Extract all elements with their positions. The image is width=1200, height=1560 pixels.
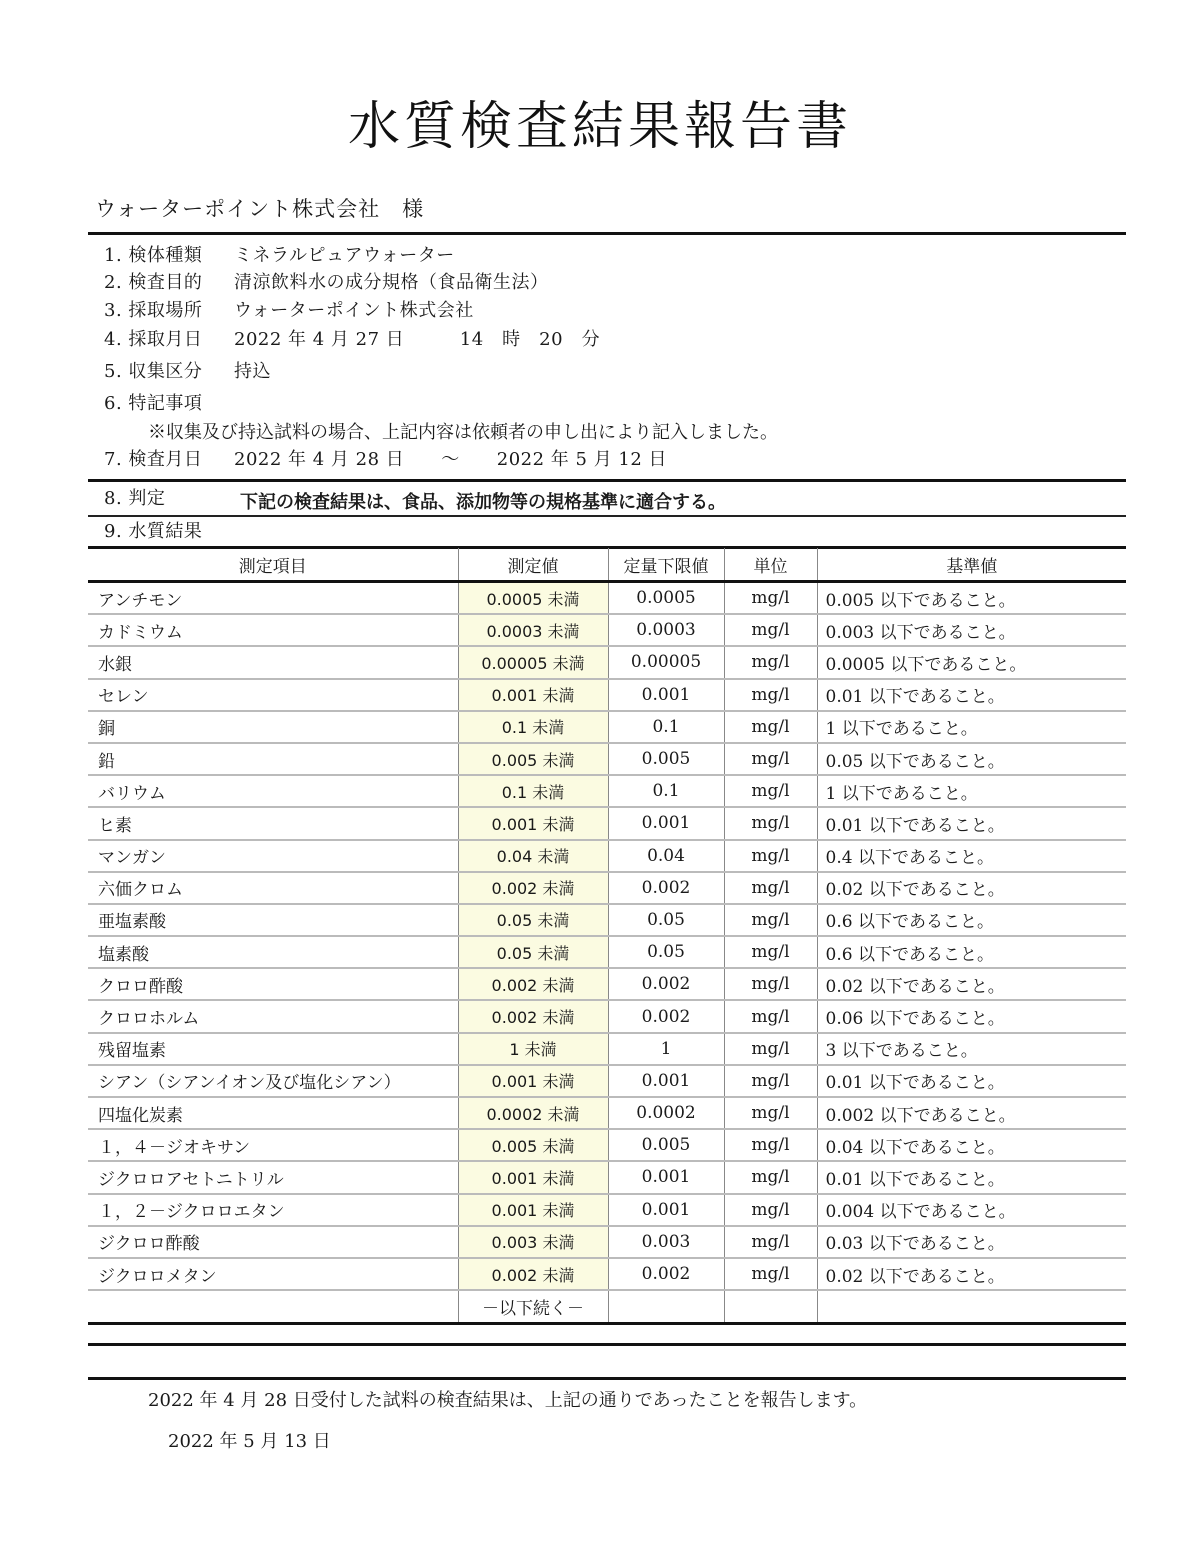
cell-limit: 0.001 [608, 679, 724, 711]
cell-limit: 0.001 [608, 807, 724, 839]
info-location: 3. 採取場所ウォーターポイント株式会社 [104, 298, 474, 324]
cell-standard: 0.02 以下であること。 [817, 1258, 1126, 1290]
cell-unit: mg/l [724, 1226, 817, 1258]
cell-standard: 3 以下であること。 [817, 1033, 1126, 1065]
judgement-value: 下記の検査結果は、食品、添加物等の規格基準に適合する。 [240, 488, 726, 514]
table-row: 鉛0.005 未満0.005mg/l0.05 以下であること。 [88, 743, 1126, 775]
cell-unit: mg/l [724, 840, 817, 872]
cell-unit: mg/l [724, 614, 817, 646]
cell-item: 四塩化炭素 [88, 1097, 458, 1129]
cell-value: 0.0003 未満 [458, 614, 608, 646]
table-row: 四塩化炭素0.0002 未満0.0002mg/l0.002 以下であること。 [88, 1097, 1126, 1129]
cell-value: 0.001 未満 [458, 1194, 608, 1226]
cell-limit: 0.002 [608, 872, 724, 904]
cell-empty [817, 1290, 1126, 1324]
divider [88, 1343, 1126, 1346]
cell-limit: 0.1 [608, 775, 724, 807]
cell-unit: mg/l [724, 646, 817, 678]
info-test-date: 7. 検査月日2022 年 4 月 28 日 ～ 2022 年 5 月 12 日 [104, 447, 667, 473]
cell-unit: mg/l [724, 711, 817, 743]
cell-value: 0.05 未満 [458, 904, 608, 936]
table-row: ジクロロ酢酸0.003 未満0.003mg/l0.03 以下であること。 [88, 1226, 1126, 1258]
divider [88, 1377, 1126, 1380]
cell-limit: 0.002 [608, 968, 724, 1000]
table-header-row: 測定項目 測定値 定量下限値 単位 基準値 [88, 548, 1126, 582]
info-sample-type: 1. 検体種類ミネラルピュアウォーター [104, 243, 455, 269]
cell-value: 0.1 未満 [458, 711, 608, 743]
cell-limit: 0.0003 [608, 614, 724, 646]
cell-limit: 0.0005 [608, 582, 724, 615]
table-row: カドミウム0.0003 未満0.0003mg/l0.003 以下であること。 [88, 614, 1126, 646]
cell-value: 0.1 未満 [458, 775, 608, 807]
cell-unit: mg/l [724, 1033, 817, 1065]
cell-item: バリウム [88, 775, 458, 807]
cell-item: １，４－ジオキサン [88, 1129, 458, 1161]
divider [88, 232, 1126, 235]
cell-standard: 0.005 以下であること。 [817, 582, 1126, 615]
table-row: 塩素酸0.05 未満0.05mg/l0.6 以下であること。 [88, 936, 1126, 968]
cell-value: 1 未満 [458, 1033, 608, 1065]
cell-value: 0.0005 未満 [458, 582, 608, 615]
cell-standard: 0.004 以下であること。 [817, 1194, 1126, 1226]
info-label: 1. 検体種類 [104, 243, 234, 269]
cell-value: 0.00005 未満 [458, 646, 608, 678]
info-value: ミネラルピュアウォーター [234, 245, 455, 266]
table-row: アンチモン0.0005 未満0.0005mg/l0.005 以下であること。 [88, 582, 1126, 615]
info-purpose: 2. 検査目的清涼飲料水の成分規格（食品衛生法） [104, 270, 549, 296]
table-row: 亜塩素酸0.05 未満0.05mg/l0.6 以下であること。 [88, 904, 1126, 936]
info-value: 清涼飲料水の成分規格（食品衛生法） [234, 272, 549, 293]
report-date: 2022 年 5 月 13 日 [168, 1427, 331, 1453]
cell-standard: 0.03 以下であること。 [817, 1226, 1126, 1258]
cell-standard: 0.0005 以下であること。 [817, 646, 1126, 678]
cell-item: セレン [88, 679, 458, 711]
table-row: 水銀0.00005 未満0.00005mg/l0.0005 以下であること。 [88, 646, 1126, 678]
cell-item: 銅 [88, 711, 458, 743]
cell-limit: 0.04 [608, 840, 724, 872]
cell-standard: 0.002 以下であること。 [817, 1097, 1126, 1129]
cell-value: 0.005 未満 [458, 1129, 608, 1161]
cell-unit: mg/l [724, 936, 817, 968]
divider [88, 515, 1126, 517]
cell-standard: 1 以下であること。 [817, 775, 1126, 807]
cell-value: 0.05 未満 [458, 936, 608, 968]
table-row-continued: －以下続く－ [88, 1290, 1126, 1324]
cell-item: ジクロロ酢酸 [88, 1226, 458, 1258]
info-label: 5. 収集区分 [104, 359, 234, 385]
cell-unit: mg/l [724, 904, 817, 936]
table-row: セレン0.001 未満0.001mg/l0.01 以下であること。 [88, 679, 1126, 711]
cell-unit: mg/l [724, 872, 817, 904]
cell-empty [88, 1290, 458, 1324]
continued-note: －以下続く－ [458, 1290, 608, 1324]
results-table: 測定項目 測定値 定量下限値 単位 基準値 アンチモン0.0005 未満0.00… [88, 548, 1126, 1325]
table-row: マンガン0.04 未満0.04mg/l0.4 以下であること。 [88, 840, 1126, 872]
cell-standard: 0.01 以下であること。 [817, 807, 1126, 839]
table-row: 銅0.1 未満0.1mg/l1 以下であること。 [88, 711, 1126, 743]
cell-value: 0.005 未満 [458, 743, 608, 775]
header-item: 測定項目 [88, 548, 458, 582]
cell-item: カドミウム [88, 614, 458, 646]
judgement-label: 8. 判定 [104, 486, 165, 512]
cell-unit: mg/l [724, 743, 817, 775]
cell-unit: mg/l [724, 807, 817, 839]
cell-limit: 0.00005 [608, 646, 724, 678]
cell-value: 0.002 未満 [458, 1000, 608, 1032]
table-row: １，２－ジクロロエタン0.001 未満0.001mg/l0.004 以下であるこ… [88, 1194, 1126, 1226]
recipient: ウォーターポイント株式会社 様 [95, 193, 424, 223]
remarks-note: ※収集及び持込試料の場合、上記内容は依頼者の申し出により記入しました。 [148, 420, 778, 446]
cell-limit: 0.001 [608, 1194, 724, 1226]
page-title: 水質検査結果報告書 [0, 92, 1200, 162]
cell-empty [608, 1290, 724, 1324]
cell-unit: mg/l [724, 582, 817, 615]
cell-value: 0.003 未満 [458, 1226, 608, 1258]
cell-item: 水銀 [88, 646, 458, 678]
cell-empty [724, 1290, 817, 1324]
cell-value: 0.001 未満 [458, 1065, 608, 1097]
cell-limit: 0.003 [608, 1226, 724, 1258]
cell-item: 鉛 [88, 743, 458, 775]
divider [88, 479, 1126, 482]
table-row: ジクロロアセトニトリル0.001 未満0.001mg/l0.01 以下であること… [88, 1161, 1126, 1193]
info-value: ウォーターポイント株式会社 [234, 300, 474, 321]
cell-unit: mg/l [724, 1129, 817, 1161]
cell-standard: 0.02 以下であること。 [817, 872, 1126, 904]
cell-standard: 0.04 以下であること。 [817, 1129, 1126, 1161]
cell-unit: mg/l [724, 1065, 817, 1097]
info-label: 7. 検査月日 [104, 447, 234, 473]
table-row: １，４－ジオキサン0.005 未満0.005mg/l0.04 以下であること。 [88, 1129, 1126, 1161]
cell-item: 六価クロム [88, 872, 458, 904]
cell-standard: 0.01 以下であること。 [817, 679, 1126, 711]
cell-standard: 0.4 以下であること。 [817, 840, 1126, 872]
cell-unit: mg/l [724, 1161, 817, 1193]
cell-item: シアン（シアンイオン及び塩化シアン） [88, 1065, 458, 1097]
cell-item: ジクロロメタン [88, 1258, 458, 1290]
cell-item: ジクロロアセトニトリル [88, 1161, 458, 1193]
cell-limit: 0.001 [608, 1161, 724, 1193]
cell-value: 0.001 未満 [458, 1161, 608, 1193]
cell-value: 0.001 未満 [458, 807, 608, 839]
cell-standard: 0.05 以下であること。 [817, 743, 1126, 775]
cell-item: ヒ素 [88, 807, 458, 839]
results-label: 9. 水質結果 [104, 519, 202, 545]
header-unit: 単位 [724, 548, 817, 582]
cell-limit: 0.001 [608, 1065, 724, 1097]
cell-value: 0.001 未満 [458, 679, 608, 711]
table-row: バリウム0.1 未満0.1mg/l1 以下であること。 [88, 775, 1126, 807]
cell-standard: 0.6 以下であること。 [817, 936, 1126, 968]
cell-item: １，２－ジクロロエタン [88, 1194, 458, 1226]
report-statement: 2022 年 4 月 28 日受付した試料の検査結果は、上記の通りであったことを… [148, 1386, 867, 1412]
cell-item: クロロホルム [88, 1000, 458, 1032]
cell-item: アンチモン [88, 582, 458, 615]
cell-value: 0.0002 未満 [458, 1097, 608, 1129]
header-value: 測定値 [458, 548, 608, 582]
info-label: 2. 検査目的 [104, 270, 234, 296]
info-label: 4. 採取月日 [104, 327, 234, 353]
cell-limit: 0.1 [608, 711, 724, 743]
cell-limit: 1 [608, 1033, 724, 1065]
cell-unit: mg/l [724, 1000, 817, 1032]
cell-item: 塩素酸 [88, 936, 458, 968]
cell-standard: 0.02 以下であること。 [817, 968, 1126, 1000]
cell-limit: 0.005 [608, 743, 724, 775]
cell-standard: 0.003 以下であること。 [817, 614, 1126, 646]
cell-standard: 0.6 以下であること。 [817, 904, 1126, 936]
table-row: 残留塩素1 未満1mg/l3 以下であること。 [88, 1033, 1126, 1065]
cell-standard: 0.01 以下であること。 [817, 1065, 1126, 1097]
cell-unit: mg/l [724, 968, 817, 1000]
info-label: 3. 採取場所 [104, 298, 234, 324]
cell-unit: mg/l [724, 679, 817, 711]
cell-unit: mg/l [724, 775, 817, 807]
cell-value: 0.002 未満 [458, 968, 608, 1000]
table-row: クロロ酢酸0.002 未満0.002mg/l0.02 以下であること。 [88, 968, 1126, 1000]
info-label: 6. 特記事項 [104, 391, 234, 417]
table-row: シアン（シアンイオン及び塩化シアン）0.001 未満0.001mg/l0.01 … [88, 1065, 1126, 1097]
cell-standard: 0.06 以下であること。 [817, 1000, 1126, 1032]
table-row: ヒ素0.001 未満0.001mg/l0.01 以下であること。 [88, 807, 1126, 839]
cell-limit: 0.0002 [608, 1097, 724, 1129]
cell-unit: mg/l [724, 1258, 817, 1290]
cell-unit: mg/l [724, 1097, 817, 1129]
header-standard: 基準値 [817, 548, 1126, 582]
info-value: 2022 年 4 月 28 日 ～ 2022 年 5 月 12 日 [234, 449, 667, 470]
cell-limit: 0.05 [608, 904, 724, 936]
cell-item: クロロ酢酸 [88, 968, 458, 1000]
info-value: 持込 [234, 361, 271, 382]
cell-item: 亜塩素酸 [88, 904, 458, 936]
cell-unit: mg/l [724, 1194, 817, 1226]
info-collection: 5. 収集区分持込 [104, 359, 271, 385]
cell-item: マンガン [88, 840, 458, 872]
info-sampling-date: 4. 採取月日2022 年 4 月 27 日 14 時 20 分 [104, 327, 600, 353]
table-row: ジクロロメタン0.002 未満0.002mg/l0.02 以下であること。 [88, 1258, 1126, 1290]
header-limit: 定量下限値 [608, 548, 724, 582]
cell-value: 0.002 未満 [458, 872, 608, 904]
cell-value: 0.04 未満 [458, 840, 608, 872]
cell-standard: 0.01 以下であること。 [817, 1161, 1126, 1193]
cell-item: 残留塩素 [88, 1033, 458, 1065]
cell-standard: 1 以下であること。 [817, 711, 1126, 743]
cell-limit: 0.005 [608, 1129, 724, 1161]
table-row: クロロホルム0.002 未満0.002mg/l0.06 以下であること。 [88, 1000, 1126, 1032]
info-remarks: 6. 特記事項 [104, 391, 234, 417]
info-value: 2022 年 4 月 27 日 14 時 20 分 [234, 329, 600, 350]
table-row: 六価クロム0.002 未満0.002mg/l0.02 以下であること。 [88, 872, 1126, 904]
cell-limit: 0.002 [608, 1258, 724, 1290]
cell-value: 0.002 未満 [458, 1258, 608, 1290]
cell-limit: 0.002 [608, 1000, 724, 1032]
cell-limit: 0.05 [608, 936, 724, 968]
